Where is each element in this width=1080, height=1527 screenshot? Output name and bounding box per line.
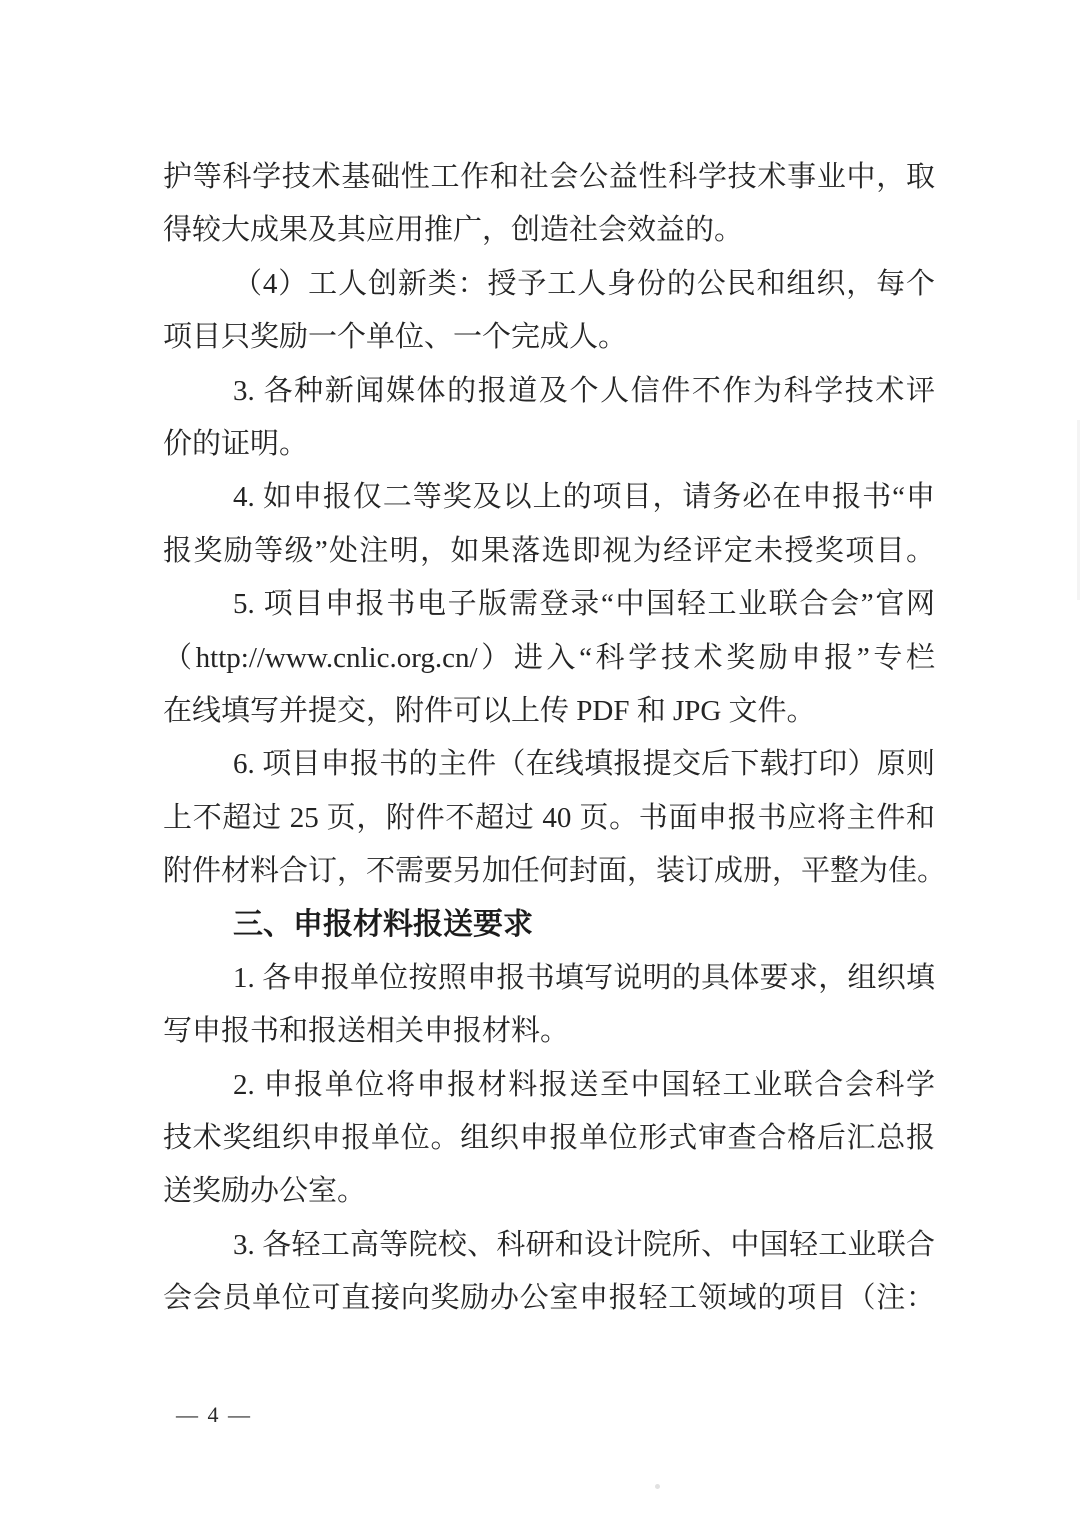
text-line: 得较大成果及其应用推广，创造社会效益的。 xyxy=(163,204,935,257)
text-line: 6. 项目申报书的主件（在线填报提交后下载打印）原则 xyxy=(163,738,935,791)
text-line: 在线填写并提交，附件可以上传 PDF 和 JPG 文件。 xyxy=(163,685,935,738)
text-line: 写申报书和报送相关申报材料。 xyxy=(163,1005,935,1058)
text-line: 2. 申报单位将申报材料报送至中国轻工业联合会科学 xyxy=(163,1059,935,1112)
text-line: 3. 各种新闻媒体的报道及个人信件不作为科学技术评 xyxy=(163,365,935,418)
text-line: 1. 各申报单位按照申报书填写说明的具体要求，组织填 xyxy=(163,952,935,1005)
text-line: 护等科学技术基础性工作和社会公益性科学技术事业中，取 xyxy=(163,151,935,204)
text-line: 会会员单位可直接向奖励办公室申报轻工领域的项目（注： xyxy=(163,1272,935,1325)
text-line: 价的证明。 xyxy=(163,418,935,471)
text-line: （4）工人创新类：授予工人身份的公民和组织，每个 xyxy=(163,258,935,311)
text-line: 技术奖组织申报单位。组织申报单位形式审查合格后汇总报 xyxy=(163,1112,935,1165)
page-number: — 4 — xyxy=(176,1402,252,1428)
text-line: 附件材料合订，不需要另加任何封面，装订成册，平整为佳。 xyxy=(163,845,935,898)
text-line: 5. 项目申报书电子版需登录“中国轻工业联合会”官网 xyxy=(163,578,935,631)
text-line: 4. 如申报仅二等奖及以上的项目，请务必在申报书“申 xyxy=(163,471,935,524)
text-line: （http://www.cnlic.org.cn/）进入“科学技术奖励申报”专栏 xyxy=(163,632,935,685)
text-line: 项目只奖励一个单位、一个完成人。 xyxy=(163,311,935,364)
section-heading: 三、申报材料报送要求 xyxy=(163,898,935,951)
text-line: 报奖励等级”处注明，如果落选即视为经评定未授奖项目。 xyxy=(163,525,935,578)
text-line: 上不超过 25 页，附件不超过 40 页。书面申报书应将主件和 xyxy=(163,792,935,845)
document-page: 护等科学技术基础性工作和社会公益性科学技术事业中，取 得较大成果及其应用推广，创… xyxy=(0,0,1080,1527)
text-line: 送奖励办公室。 xyxy=(163,1165,935,1218)
document-body: 护等科学技术基础性工作和社会公益性科学技术事业中，取 得较大成果及其应用推广，创… xyxy=(163,151,935,1326)
text-line: 3. 各轻工高等院校、科研和设计院所、中国轻工业联合 xyxy=(163,1219,935,1272)
scan-artifact-speck xyxy=(655,1484,660,1489)
